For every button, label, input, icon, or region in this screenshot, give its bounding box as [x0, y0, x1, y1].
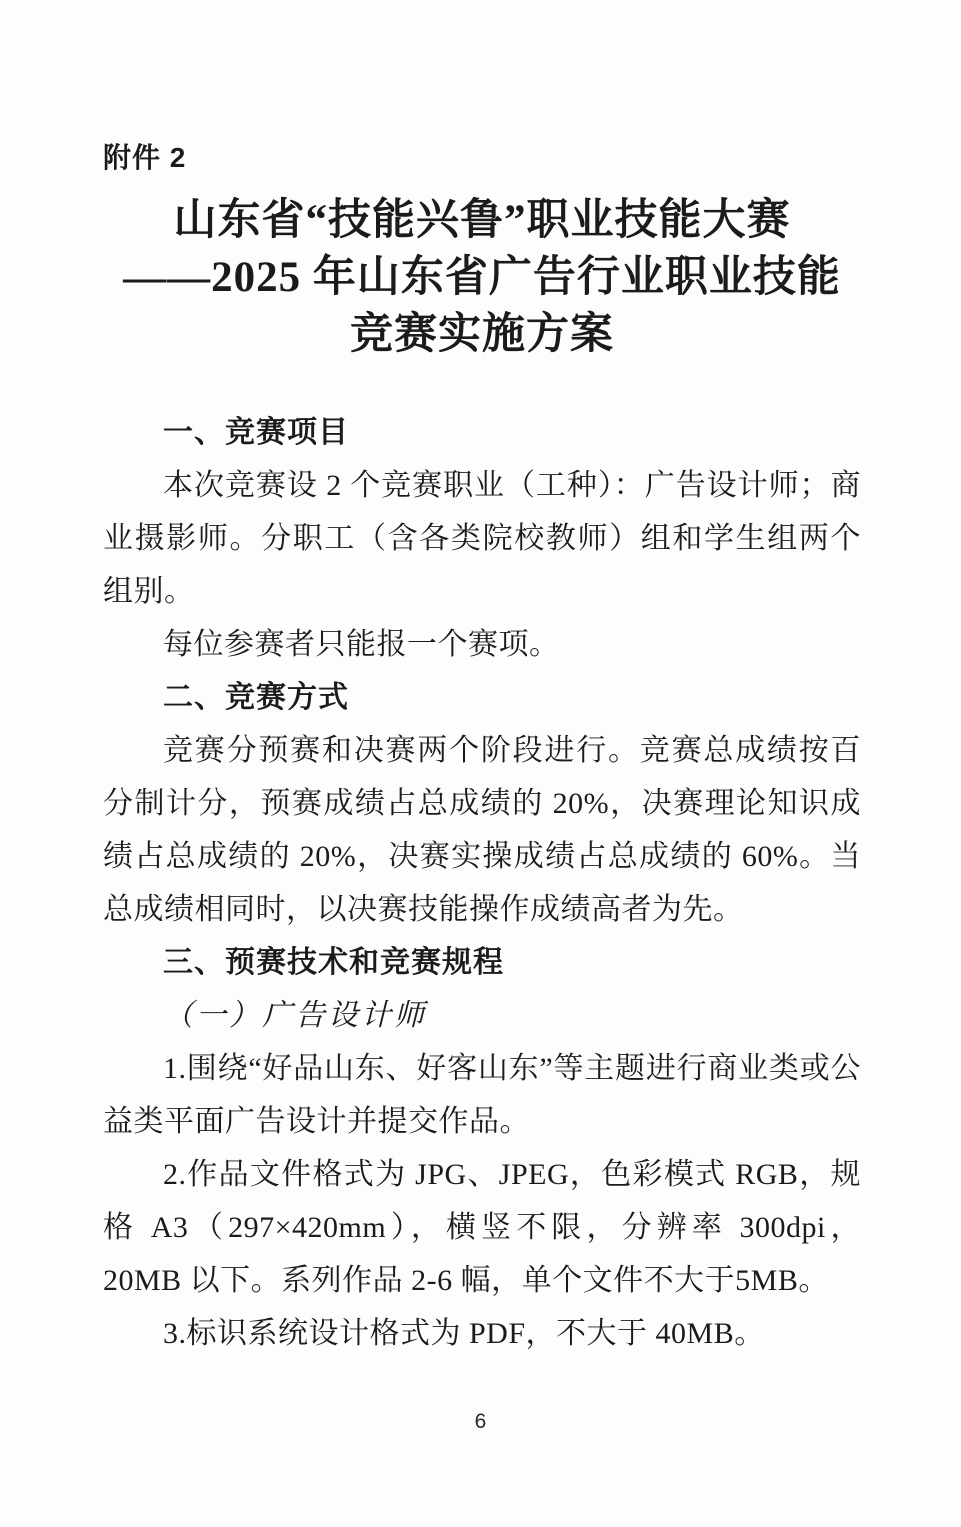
- section-3-heading: 三、预赛技术和竞赛规程: [103, 936, 861, 989]
- page-number: 6: [0, 1410, 961, 1434]
- section-1-heading: 一、竞赛项目: [103, 406, 861, 459]
- document-title-line-3: 竞赛实施方案: [103, 306, 861, 363]
- section-3-paragraph-2: 2.作品文件格式为 JPG、JPEG，色彩模式 RGB，规格 A3（297×42…: [103, 1148, 861, 1307]
- document-title: 山东省“技能兴鲁”职业技能大赛 ——2025 年山东省广告行业职业技能 竞赛实施…: [103, 192, 861, 363]
- section-3-paragraph-1: 1.围绕“好品山东、好客山东”等主题进行商业类或公益类平面广告设计并提交作品。: [103, 1042, 861, 1148]
- section-1-paragraph-1: 本次竞赛设 2 个竞赛职业（工种）：广告设计师；商业摄影师。分职工（含各类院校教…: [103, 459, 861, 618]
- document-page: 附件 2 山东省“技能兴鲁”职业技能大赛 ——2025 年山东省广告行业职业技能…: [0, 0, 961, 1527]
- section-2-paragraph-1: 竞赛分预赛和决赛两个阶段进行。竞赛总成绩按百分制计分，预赛成绩占总成绩的 20%…: [103, 724, 861, 936]
- section-2-heading: 二、竞赛方式: [103, 671, 861, 724]
- section-3-paragraph-3: 3.标识系统设计格式为 PDF，不大于 40MB。: [103, 1307, 861, 1360]
- document-title-line-1: 山东省“技能兴鲁”职业技能大赛: [103, 192, 861, 249]
- document-title-line-2: ——2025 年山东省广告行业职业技能: [103, 249, 861, 306]
- section-3-subsection-heading: （一）广告设计师: [103, 989, 861, 1042]
- section-1-paragraph-2: 每位参赛者只能报一个赛项。: [103, 618, 861, 671]
- attachment-label: 附件 2: [103, 141, 861, 175]
